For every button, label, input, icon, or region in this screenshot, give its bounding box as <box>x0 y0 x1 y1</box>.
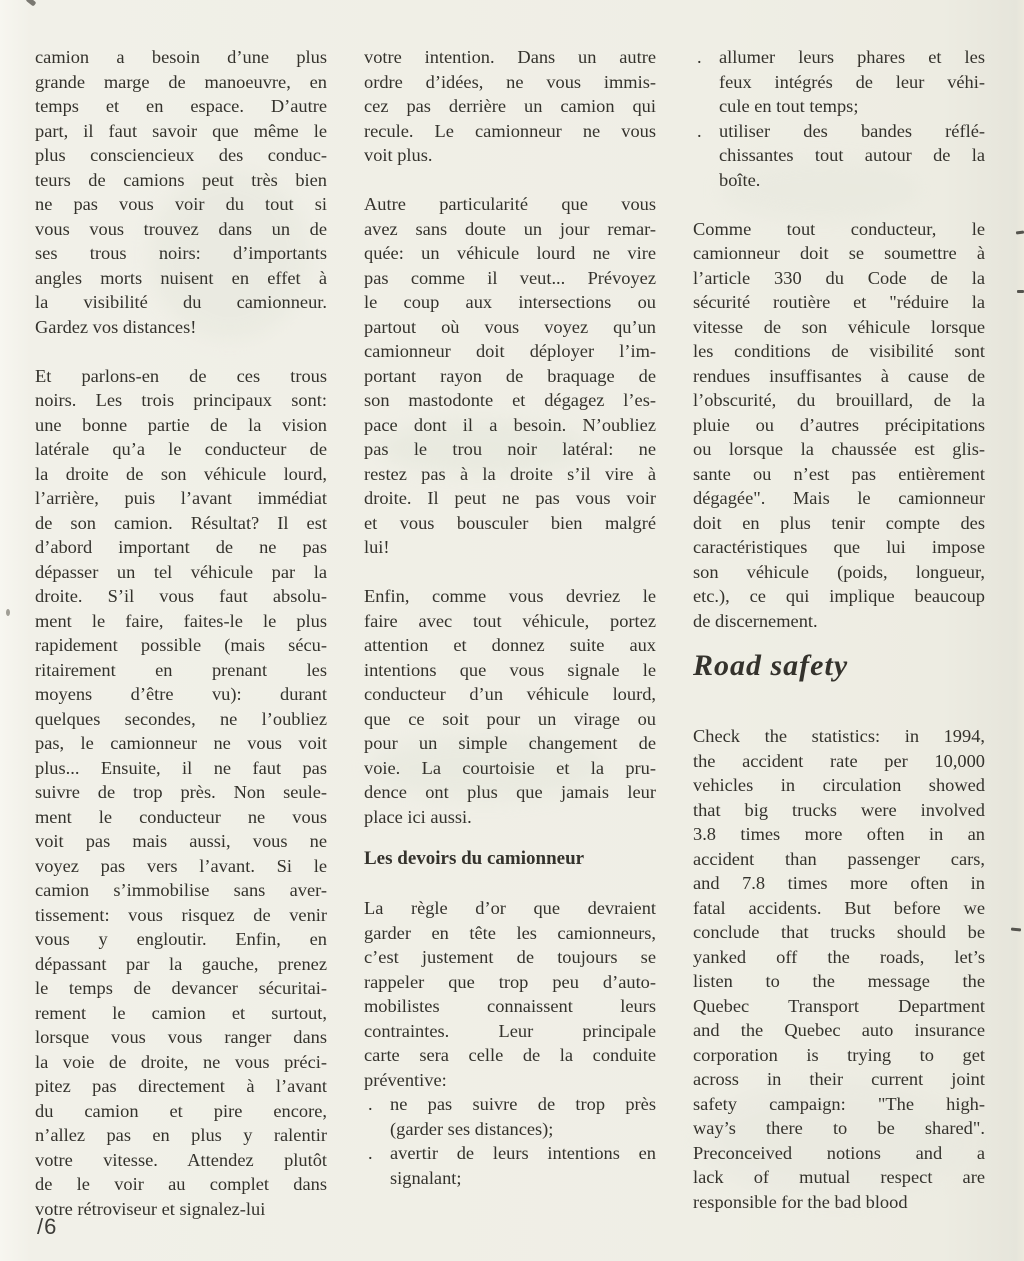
text-line: Quebec Transport Department <box>693 994 985 1019</box>
text-line: rapidement possible (mais sécu- <box>35 633 327 658</box>
text-line: chissantes tout autour de la <box>719 143 985 168</box>
text-line: ne pas suivre de trop près <box>390 1092 656 1117</box>
text-line: cule en tout temps; <box>719 94 985 119</box>
text-line: (garder ses distances); <box>390 1117 656 1142</box>
text-line: angles morts nuisent en effet à <box>35 266 327 291</box>
text-line: de discernement. <box>693 609 985 634</box>
text-line: avertir de leurs intentions en <box>390 1141 656 1166</box>
text-line: corporation is trying to get <box>693 1043 985 1068</box>
text-line: la droite de son véhicule lourd, <box>35 462 327 487</box>
text-line: n’allez pas en plus y ralentir <box>35 1123 327 1148</box>
text-line: pas le trou noir latéral: ne <box>364 437 656 462</box>
text-line: l’arrière, puis l’avant immédiat <box>35 486 327 511</box>
text-line: lorsque vous vous ranger dans <box>35 1025 327 1050</box>
text-line: conducteur d’un véhicule lourd, <box>364 682 656 707</box>
section-heading: Les devoirs du camionneur <box>364 846 656 871</box>
text-line: across in their current joint <box>693 1067 985 1092</box>
text-line: pas, le camionneur ne vous voit <box>35 731 327 756</box>
text-line: son véhicule (poids, longueur, <box>693 560 985 585</box>
text-line: ou lorsque la chaussée est glis- <box>693 437 985 462</box>
text-line: fatal accidents. But before we <box>693 896 985 921</box>
text-line: voie. La courtoisie et la pru- <box>364 756 656 781</box>
text-line: la voie de droite, ne vous préci- <box>35 1050 327 1075</box>
text-line: préventive: <box>364 1068 656 1093</box>
bullet-item: .ne pas suivre de trop près(garder ses d… <box>364 1092 656 1141</box>
text-column-middle: votre intention. Dans un autreordre d’id… <box>364 45 656 1221</box>
text-line: pluie ou d’autres précipitations <box>693 413 985 438</box>
text-line: faire avec tout véhicule, portez <box>364 609 656 634</box>
text-line: dépassant par la gauche, prenez <box>35 952 327 977</box>
text-line: rendues insuffisantes à cause de <box>693 364 985 389</box>
text-line: La règle d’or que devraient <box>364 896 656 921</box>
text-line: suivre de trop près. Non seule- <box>35 780 327 805</box>
paragraph: Enfin, comme vous devriez lefaire avec t… <box>364 584 656 829</box>
text-line: ne pas vous voir du tout si <box>35 192 327 217</box>
text-line: vehicles in circulation showed <box>693 773 985 798</box>
page-number: /6 <box>37 1214 57 1240</box>
text-line: responsible for the bad blood <box>693 1190 985 1215</box>
text-line: de son camion. Résultat? Il est <box>35 511 327 536</box>
text-line: moyens d’être vu): durant <box>35 682 327 707</box>
text-line: de le voir au complet dans <box>35 1172 327 1197</box>
text-line: tissement: vous risquez de venir <box>35 903 327 928</box>
text-line: signalant; <box>390 1166 656 1191</box>
text-line: allumer leurs phares et les <box>719 45 985 70</box>
bullet-item: .avertir de leurs intentions ensignalant… <box>364 1141 656 1190</box>
text-line: ordre d’idées, ne vous immis- <box>364 70 656 95</box>
text-line: carte sera celle de la conduite <box>364 1043 656 1068</box>
bullet-text: ne pas suivre de trop près(garder ses di… <box>390 1092 656 1141</box>
text-line: ment le faire, faites-le le plus <box>35 609 327 634</box>
text-line: latérale qu’a le conducteur de <box>35 437 327 462</box>
text-line: votre intention. Dans un autre <box>364 45 656 70</box>
text-line: pitez pas directement à l’avant <box>35 1074 327 1099</box>
text-line: une bonne partie de la vision <box>35 413 327 438</box>
text-line: ritairement en prenant les <box>35 658 327 683</box>
text-line: les conditions de visibilité sont <box>693 339 985 364</box>
text-line: rappeler que trop peu d’auto- <box>364 970 656 995</box>
text-line: plus... Ensuite, il ne faut pas <box>35 756 327 781</box>
text-line: utiliser des bandes réflé- <box>719 119 985 144</box>
text-line: plus consciencieux des conduc- <box>35 143 327 168</box>
text-line: the accident rate per 10,000 <box>693 749 985 774</box>
paragraph: Comme tout conducteur, lecamionneur doit… <box>693 217 985 634</box>
text-line: et vous bousculer bien malgré <box>364 511 656 536</box>
text-line: partout où vous voyez qu’un <box>364 315 656 340</box>
text-line: portant rayon de braquage de <box>364 364 656 389</box>
bullet-text: allumer leurs phares et lesfeux intégrés… <box>719 45 985 119</box>
text-line: sante ou n’est pas entièrement <box>693 462 985 487</box>
text-line: quée: un véhicule lourd ne vire <box>364 241 656 266</box>
text-line: camionneur doit se soumettre à <box>693 241 985 266</box>
text-line: Autre particularité que vous <box>364 192 656 217</box>
paragraph: Check the statistics: in 1994,the accide… <box>693 724 985 1214</box>
text-line: recule. Le camionneur ne vous <box>364 119 656 144</box>
text-line: droite. S’il vous faut absolu- <box>35 584 327 609</box>
text-line: attention et donnez suite aux <box>364 633 656 658</box>
text-line: grande marge de manoeuvre, en <box>35 70 327 95</box>
text-line: boîte. <box>719 168 985 193</box>
text-line: contraintes. Leur principale <box>364 1019 656 1044</box>
text-line: le coup aux intersections ou <box>364 290 656 315</box>
text-line: votre vitesse. Attendez plutôt <box>35 1148 327 1173</box>
text-line: pas comme il veut... Prévoyez <box>364 266 656 291</box>
text-line: dence ont plus que jamais leur <box>364 780 656 805</box>
bullet-marker: . <box>364 1141 390 1190</box>
text-line: and 7.8 times more often in <box>693 871 985 896</box>
text-line: ses trous noirs: d’importants <box>35 241 327 266</box>
text-line: que ce soit pour un virage ou <box>364 707 656 732</box>
text-line: noirs. Les trois principaux sont: <box>35 388 327 413</box>
text-line: feux intégrés de leur véhi- <box>719 70 985 95</box>
text-line: la visibilité du camionneur. <box>35 290 327 315</box>
text-line: teurs de camions peut très bien <box>35 168 327 193</box>
bullet-marker: . <box>364 1092 390 1141</box>
text-line: quelques secondes, ne l’oubliez <box>35 707 327 732</box>
text-line: l’article 330 du Code de la <box>693 266 985 291</box>
paragraph: Autre particularité que vousavez sans do… <box>364 192 656 560</box>
article-title: Road safety <box>693 647 985 684</box>
text-line: voit plus. <box>364 143 656 168</box>
text-line: garder en tête les camionneurs, <box>364 921 656 946</box>
text-line: caractéristiques que lui impose <box>693 535 985 560</box>
text-line: and the Quebec auto insurance <box>693 1018 985 1043</box>
text-line: lui! <box>364 535 656 560</box>
text-line: droite. Il peut ne pas vous voir <box>364 486 656 511</box>
text-line: vous vous trouvez dans un de <box>35 217 327 242</box>
scan-artifact-mark <box>6 609 10 616</box>
bullet-text: avertir de leurs intentions ensignalant; <box>390 1141 656 1190</box>
text-line: avez sans doute un jour remar- <box>364 217 656 242</box>
text-column-right: .allumer leurs phares et lesfeux intégré… <box>693 45 985 1221</box>
text-line: place ici aussi. <box>364 805 656 830</box>
text-line: vous y engloutir. Enfin, en <box>35 927 327 952</box>
text-line: d’abord important de ne pas <box>35 535 327 560</box>
paragraph: votre intention. Dans un autreordre d’id… <box>364 45 656 168</box>
text-line: camion s’immobilise sans aver- <box>35 878 327 903</box>
scanned-page: camion a besoin d’une plusgrande marge d… <box>0 0 1024 1261</box>
scan-artifact-mark <box>1017 290 1024 293</box>
article-columns: camion a besoin d’une plusgrande marge d… <box>0 0 1024 1221</box>
text-line: voyez pas vers l’avant. Si le <box>35 854 327 879</box>
text-line: c’est justement de toujours se <box>364 945 656 970</box>
text-line: accident than passenger cars, <box>693 847 985 872</box>
text-line: way’s there to be shared". <box>693 1116 985 1141</box>
text-line: son mastodonte et dégagez l’es- <box>364 388 656 413</box>
paragraph: Et parlons-en de ces trousnoirs. Les tro… <box>35 364 327 1222</box>
text-column-left: camion a besoin d’une plusgrande marge d… <box>35 45 327 1221</box>
text-line: doit en plus tenir compte des <box>693 511 985 536</box>
text-line: intentions que vous signale le <box>364 658 656 683</box>
text-line: cez pas derrière un camion qui <box>364 94 656 119</box>
text-line: conclude that trucks should be <box>693 920 985 945</box>
text-line: du camion et pire encore, <box>35 1099 327 1124</box>
bullet-item: .allumer leurs phares et lesfeux intégré… <box>693 45 985 119</box>
text-line: temps et en espace. D’autre <box>35 94 327 119</box>
text-line: safety campaign: "The high- <box>693 1092 985 1117</box>
text-line: vitesse de son véhicule lorsque <box>693 315 985 340</box>
text-line: Enfin, comme vous devriez le <box>364 584 656 609</box>
text-line: Check the statistics: in 1994, <box>693 724 985 749</box>
paragraph: camion a besoin d’une plusgrande marge d… <box>35 45 327 339</box>
bullet-marker: . <box>693 119 719 193</box>
text-line: camionneur doit déployer l’im- <box>364 339 656 364</box>
text-line: mobilistes connaissent leurs <box>364 994 656 1019</box>
text-line: Et parlons-en de ces trous <box>35 364 327 389</box>
text-line: sécurité routière et "réduire la <box>693 290 985 315</box>
text-line: listen to the message the <box>693 969 985 994</box>
text-line: le temps de devancer sécuritai- <box>35 976 327 1001</box>
text-line: that big trucks were involved <box>693 798 985 823</box>
text-line: dépasser un tel véhicule par la <box>35 560 327 585</box>
text-line: votre rétroviseur et signalez-lui <box>35 1197 327 1222</box>
text-line: etc.), ce qui implique beaucoup <box>693 584 985 609</box>
text-line: pace dont il a besoin. N’oubliez <box>364 413 656 438</box>
text-line: Gardez vos distances! <box>35 315 327 340</box>
paragraph: La règle d’or que devraientgarder en têt… <box>364 896 656 1092</box>
text-line: Comme tout conducteur, le <box>693 217 985 242</box>
text-line: ment le conducteur ne vous <box>35 805 327 830</box>
text-line: lack of mutual respect are <box>693 1165 985 1190</box>
text-line: camion a besoin d’une plus <box>35 45 327 70</box>
text-line: pour un simple changement de <box>364 731 656 756</box>
text-line: 3.8 times more often in an <box>693 822 985 847</box>
bullet-item: .utiliser des bandes réflé-chissantes to… <box>693 119 985 193</box>
text-line: dégagée". Mais le camionneur <box>693 486 985 511</box>
text-line: l’obscurité, du brouillard, de la <box>693 388 985 413</box>
bullet-text: utiliser des bandes réflé-chissantes tou… <box>719 119 985 193</box>
text-line: restez pas à la droite s’il vire à <box>364 462 656 487</box>
text-line: rement le camion et surtout, <box>35 1001 327 1026</box>
text-line: part, il faut savoir que même le <box>35 119 327 144</box>
bullet-marker: . <box>693 45 719 119</box>
text-line: yanked off the roads, let’s <box>693 945 985 970</box>
text-line: voit pas mais aussi, vous ne <box>35 829 327 854</box>
text-line: Preconceived notions and a <box>693 1141 985 1166</box>
